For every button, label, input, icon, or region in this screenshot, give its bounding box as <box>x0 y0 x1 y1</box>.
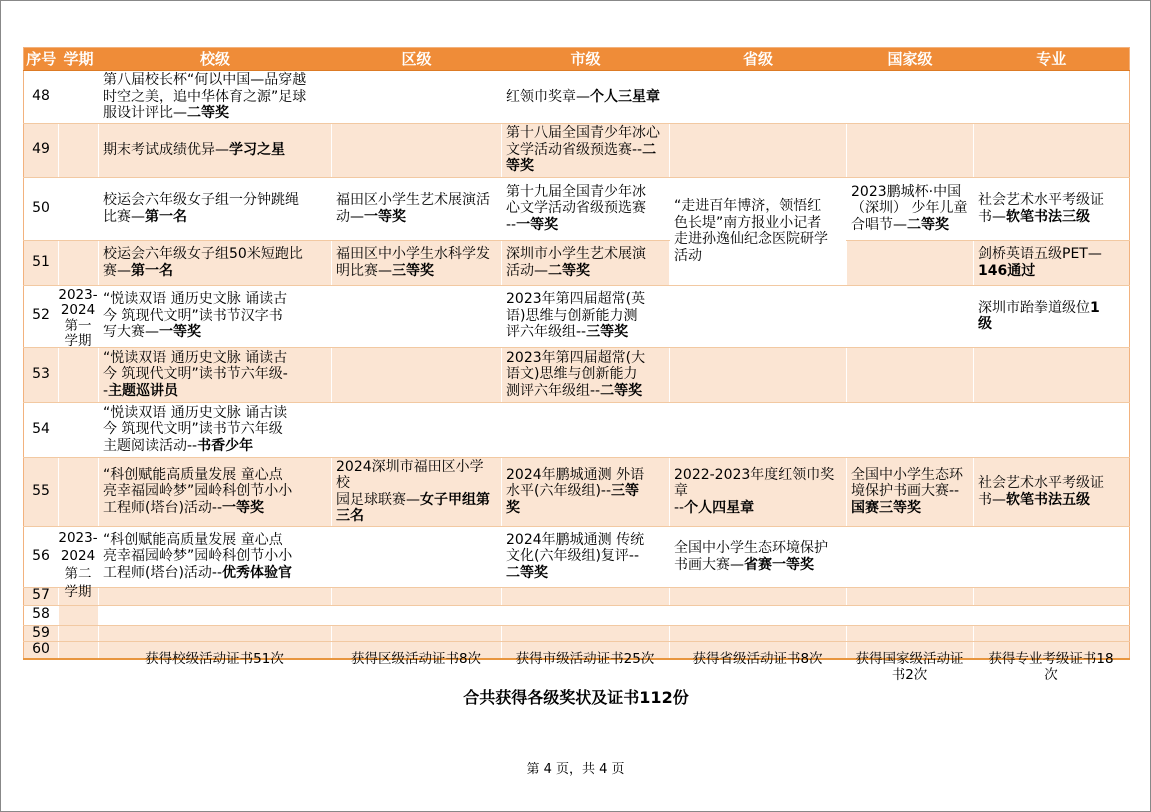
award-name: 二等奖 <box>506 565 548 581</box>
award-name: 一等奖 <box>159 324 201 340</box>
award-name: 三等奖 <box>586 324 628 340</box>
award-name: 软笔书法五级 <box>1006 492 1090 508</box>
awards-table-wrap: 序号学期校级区级市级省级国家级专业 48第八届校长杯“何以中国—品穿越 时空之美… <box>23 47 1130 660</box>
cell-53-city: 2023年第四届超常(大 语文)思维与创新能力 测评六年级组--二等奖 <box>502 347 670 402</box>
cell-51-school: 校运会六年级女子组50米短跑比 赛—第一名 <box>99 240 332 285</box>
cell-55-school: “科创赋能高质量发展 童心点 亮幸福园岭梦”园岭科创节小小 工程师(塔台)活动-… <box>99 457 332 526</box>
cell-53-province <box>670 347 847 402</box>
cell-57-professional <box>974 587 1130 605</box>
cell-49-national <box>847 123 974 177</box>
cell-56-national <box>847 526 974 587</box>
total-district: 获得区级活动证书8次 <box>331 649 501 667</box>
table-row-48: 48第八届校长杯“何以中国—品穿越 时空之美，追中华体育之源”足球 服设计评比—… <box>24 71 1130 124</box>
cell-59-school <box>99 625 332 641</box>
award-name: 一等奖 <box>516 217 558 233</box>
grand-total: 合共获得各级奖状及证书112份 <box>23 685 1129 708</box>
award-text: 红领巾奖章— <box>506 89 590 105</box>
award-text: 深圳市跆拳道级位 <box>978 300 1090 316</box>
total-city: 获得市级活动证书25次 <box>501 649 669 667</box>
total-school: 获得校级活动证书51次 <box>98 649 331 667</box>
cell-51-sem <box>59 240 99 285</box>
cell-50-city: 第十九届全国青少年冰 心文学活动省级预选赛 --一等奖 <box>502 177 670 240</box>
award-name: 省赛一等奖 <box>744 557 814 573</box>
cell-49-sem <box>59 123 99 177</box>
cell-58-province <box>670 605 847 625</box>
cell-59-city <box>502 625 670 641</box>
cell-50-national: 2023鹏城杯·中国 （深圳） 少年儿童 合唱节—二等奖 <box>847 177 974 240</box>
award-name: 二等奖 <box>187 105 229 121</box>
cell-51-professional: 剑桥英语五级PET— 146通过 <box>974 240 1130 285</box>
cell-50-province: “走进百年博济，领悟红 色长堤”南方报业小记者 走进孙逸仙纪念医院研学 活动 <box>670 177 847 285</box>
award-name: 二等奖 <box>548 263 590 279</box>
cell-53-school: “悦读双语 通历史文脉 诵读古 今 筑现代文明”读书节六年级- -主题巡讲员 <box>99 347 332 402</box>
award-name: 学习之星 <box>229 142 285 158</box>
cell-48-national <box>847 71 974 124</box>
cell-55-sem <box>59 457 99 526</box>
cell-56-province: 全国中小学生态环境保护 书画大赛—省赛一等奖 <box>670 526 847 587</box>
column-header-district: 区级 <box>332 48 502 71</box>
row-number: 48 <box>24 71 59 124</box>
award-name: 一等奖 <box>364 209 406 225</box>
cell-57-national <box>847 587 974 605</box>
table-row-58: 58 <box>24 605 1130 625</box>
row-number: 49 <box>24 123 59 177</box>
award-text: 福田区小学生艺术展演活 动— <box>336 192 490 225</box>
table-row-51: 51校运会六年级女子组50米短跑比 赛—第一名福田区中小学生水科学发 明比赛—三… <box>24 240 1130 285</box>
cell-54-sem <box>59 402 99 457</box>
award-name: 书香少年 <box>197 438 253 454</box>
cell-51-national <box>847 240 974 285</box>
award-name: 优秀体验官 <box>222 565 292 581</box>
column-header-professional: 专业 <box>974 48 1130 71</box>
column-header-city: 市级 <box>502 48 670 71</box>
cell-55-province: 2022-2023年度红领巾奖章 --个人四星章 <box>670 457 847 526</box>
cell-52-professional: 深圳市跆拳道级位1 级 <box>974 285 1130 347</box>
cell-51-city: 深圳市小学生艺术展演 活动—二等奖 <box>502 240 670 285</box>
cell-53-professional <box>974 347 1130 402</box>
cell-54-city <box>502 402 670 457</box>
table-row-57: 57 <box>24 587 1130 605</box>
award-text: “悦读双语 通历史文脉 诵古读 今 筑现代文明”读书节六年级 主题阅读活动-- <box>103 405 287 454</box>
table-row-59: 59 <box>24 625 1130 641</box>
row-number: 59 <box>24 625 59 641</box>
cell-54-district <box>332 402 502 457</box>
total-national: 获得国家级活动证 书2次 <box>846 649 973 683</box>
cell-56-city: 2024年鹏城通测 传统 文化(六年级组)复评-- 二等奖 <box>502 526 670 587</box>
cell-58-professional <box>974 605 1130 625</box>
cell-56-district <box>332 526 502 587</box>
cell-53-district <box>332 347 502 402</box>
cell-55-city: 2024年鹏城通测 外语 水平(六年级组)--三等 奖 <box>502 457 670 526</box>
award-text: 第十八届全国青少年冰心 文学活动省级预选赛-- <box>506 125 660 158</box>
cell-56-professional <box>974 526 1130 587</box>
cell-49-city: 第十八届全国青少年冰心 文学活动省级预选赛--二 等奖 <box>502 123 670 177</box>
cell-50-school: 校运会六年级女子组一分钟跳绳 比赛—第一名 <box>99 177 332 240</box>
cell-59-province <box>670 625 847 641</box>
award-text: 校运会六年级女子组一分钟跳绳 比赛— <box>103 192 299 225</box>
award-name: 个人四星章 <box>684 500 754 516</box>
cell-58-school <box>99 605 332 625</box>
table-row-55: 55“科创赋能高质量发展 童心点 亮幸福园岭梦”园岭科创节小小 工程师(塔台)活… <box>24 457 1130 526</box>
cell-57-district <box>332 587 502 605</box>
totals-row: 获得校级活动证书51次获得区级活动证书8次获得市级活动证书25次获得省级活动证书… <box>23 649 1129 683</box>
document-page: 序号学期校级区级市级省级国家级专业 48第八届校长杯“何以中国—品穿越 时空之美… <box>0 0 1151 812</box>
column-header-province: 省级 <box>670 48 847 71</box>
awards-table: 序号学期校级区级市级省级国家级专业 48第八届校长杯“何以中国—品穿越 时空之美… <box>23 47 1130 660</box>
award-name: 个人三星章 <box>590 89 660 105</box>
row-number: 57 <box>24 587 59 605</box>
award-name: 第一名 <box>145 209 187 225</box>
cell-54-province <box>670 402 847 457</box>
semester-label: 2023- 2024 第一 学期 <box>58 288 98 350</box>
cell-59-district <box>332 625 502 641</box>
cell-52-sem: 2023- 2024 第一 学期 <box>59 285 99 347</box>
award-name: 第一名 <box>131 263 173 279</box>
cell-50-sem <box>59 177 99 240</box>
cell-48-city: 红领巾奖章—个人三星章 <box>502 71 670 124</box>
column-header-school: 校级 <box>99 48 332 71</box>
cell-57-school <box>99 587 332 605</box>
cell-57-city <box>502 587 670 605</box>
table-row-56: 562023- 2024 第二 学期“科创赋能高质量发展 童心点 亮幸福园岭梦”… <box>24 526 1130 587</box>
table-row-53: 53“悦读双语 通历史文脉 诵读古 今 筑现代文明”读书节六年级- -主题巡讲员… <box>24 347 1130 402</box>
cell-59-sem <box>59 625 99 641</box>
cell-59-national <box>847 625 974 641</box>
row-number: 51 <box>24 240 59 285</box>
table-row-50: 50校运会六年级女子组一分钟跳绳 比赛—第一名福田区小学生艺术展演活 动—一等奖… <box>24 177 1130 240</box>
table-row-52: 522023- 2024 第一 学期“悦读双语 通历史文脉 诵读古 今 筑现代文… <box>24 285 1130 347</box>
cell-58-national <box>847 605 974 625</box>
cell-53-sem <box>59 347 99 402</box>
cell-52-city: 2023年第四届超常(英 语)思维与创新能力测 评六年级组--三等奖 <box>502 285 670 347</box>
column-header-sem: 学期 <box>59 48 99 71</box>
cell-57-province <box>670 587 847 605</box>
award-name: 二等奖 <box>907 217 949 233</box>
cell-54-professional <box>974 402 1130 457</box>
award-name: 146通过 <box>978 263 1035 279</box>
award-text: “走进百年博济，领悟红 色长堤”南方报业小记者 走进孙逸仙纪念医院研学 活动 <box>674 198 828 264</box>
row-number: 56 <box>24 526 59 587</box>
column-header-national: 国家级 <box>847 48 974 71</box>
cell-52-school: “悦读双语 通历史文脉 诵读古 今 筑现代文明”读书节汉字书 写大赛—一等奖 <box>99 285 332 347</box>
cell-48-sem <box>59 71 99 124</box>
cell-55-district: 2024深圳市福田区小学校 园足球联赛—女子甲组第 三名 <box>332 457 502 526</box>
cell-55-national: 全国中小学生态环 境保护书画大赛-- 国赛三等奖 <box>847 457 974 526</box>
table-row-54: 54“悦读双语 通历史文脉 诵古读 今 筑现代文明”读书节六年级 主题阅读活动-… <box>24 402 1130 457</box>
cell-48-school: 第八届校长杯“何以中国—品穿越 时空之美，追中华体育之源”足球 服设计评比—二等… <box>99 71 332 124</box>
cell-52-national <box>847 285 974 347</box>
award-name: 国赛三等奖 <box>851 500 921 516</box>
row-number: 50 <box>24 177 59 240</box>
cell-58-district <box>332 605 502 625</box>
table-row-49: 49期末考试成绩优异—学习之星第十八届全国青少年冰心 文学活动省级预选赛--二 … <box>24 123 1130 177</box>
row-number: 58 <box>24 605 59 625</box>
cell-52-district <box>332 285 502 347</box>
cell-48-province <box>670 71 847 124</box>
cell-54-school: “悦读双语 通历史文脉 诵古读 今 筑现代文明”读书节六年级 主题阅读活动--书… <box>99 402 332 457</box>
award-name: 软笔书法三级 <box>1006 209 1090 225</box>
cell-58-city <box>502 605 670 625</box>
award-name: 二等奖 <box>600 383 642 399</box>
cell-52-province <box>670 285 847 347</box>
cell-56-sem: 2023- 2024 第二 学期 <box>59 526 99 587</box>
row-number: 52 <box>24 285 59 347</box>
row-number: 54 <box>24 402 59 457</box>
award-text: 2024年鹏城通测 传统 文化(六年级组)复评-- <box>506 532 644 565</box>
row-number: 53 <box>24 347 59 402</box>
total-professional: 获得专业考级证书18 次 <box>973 649 1129 683</box>
cell-49-professional <box>974 123 1130 177</box>
cell-49-school: 期末考试成绩优异—学习之星 <box>99 123 332 177</box>
cell-49-district <box>332 123 502 177</box>
award-text: 全国中小学生态环 境保护书画大赛-- <box>851 467 963 500</box>
award-text: 期末考试成绩优异— <box>103 142 229 158</box>
cell-56-school: “科创赋能高质量发展 童心点 亮幸福园岭梦”园岭科创节小小 工程师(塔台)活动-… <box>99 526 332 587</box>
cell-48-professional <box>974 71 1130 124</box>
page-indicator: 第 4 页，共 4 页 <box>1 758 1150 777</box>
award-text: 剑桥英语五级PET— <box>978 246 1102 262</box>
cell-50-district: 福田区小学生艺术展演活 动—一等奖 <box>332 177 502 240</box>
total-province: 获得省级活动证书8次 <box>669 649 846 667</box>
award-name: 主题巡讲员 <box>108 383 178 399</box>
total-spacer <box>23 649 58 651</box>
award-name: 三等奖 <box>392 263 434 279</box>
cell-51-district: 福田区中小学生水科学发 明比赛—三等奖 <box>332 240 502 285</box>
semester-label: 2023- 2024 第二 学期 <box>58 529 98 601</box>
cell-58-sem <box>59 605 99 625</box>
cell-48-district <box>332 71 502 124</box>
cell-55-professional: 社会艺术水平考级证 书—软笔书法五级 <box>974 457 1130 526</box>
header-row: 序号学期校级区级市级省级国家级专业 <box>24 48 1130 71</box>
row-number: 55 <box>24 457 59 526</box>
cell-50-professional: 社会艺术水平考级证 书—软笔书法三级 <box>974 177 1130 240</box>
cell-54-national <box>847 402 974 457</box>
column-header-num: 序号 <box>24 48 59 71</box>
cell-59-professional <box>974 625 1130 641</box>
award-name: 一等奖 <box>222 500 264 516</box>
cell-49-province <box>670 123 847 177</box>
total-spacer <box>58 649 98 651</box>
cell-53-national <box>847 347 974 402</box>
